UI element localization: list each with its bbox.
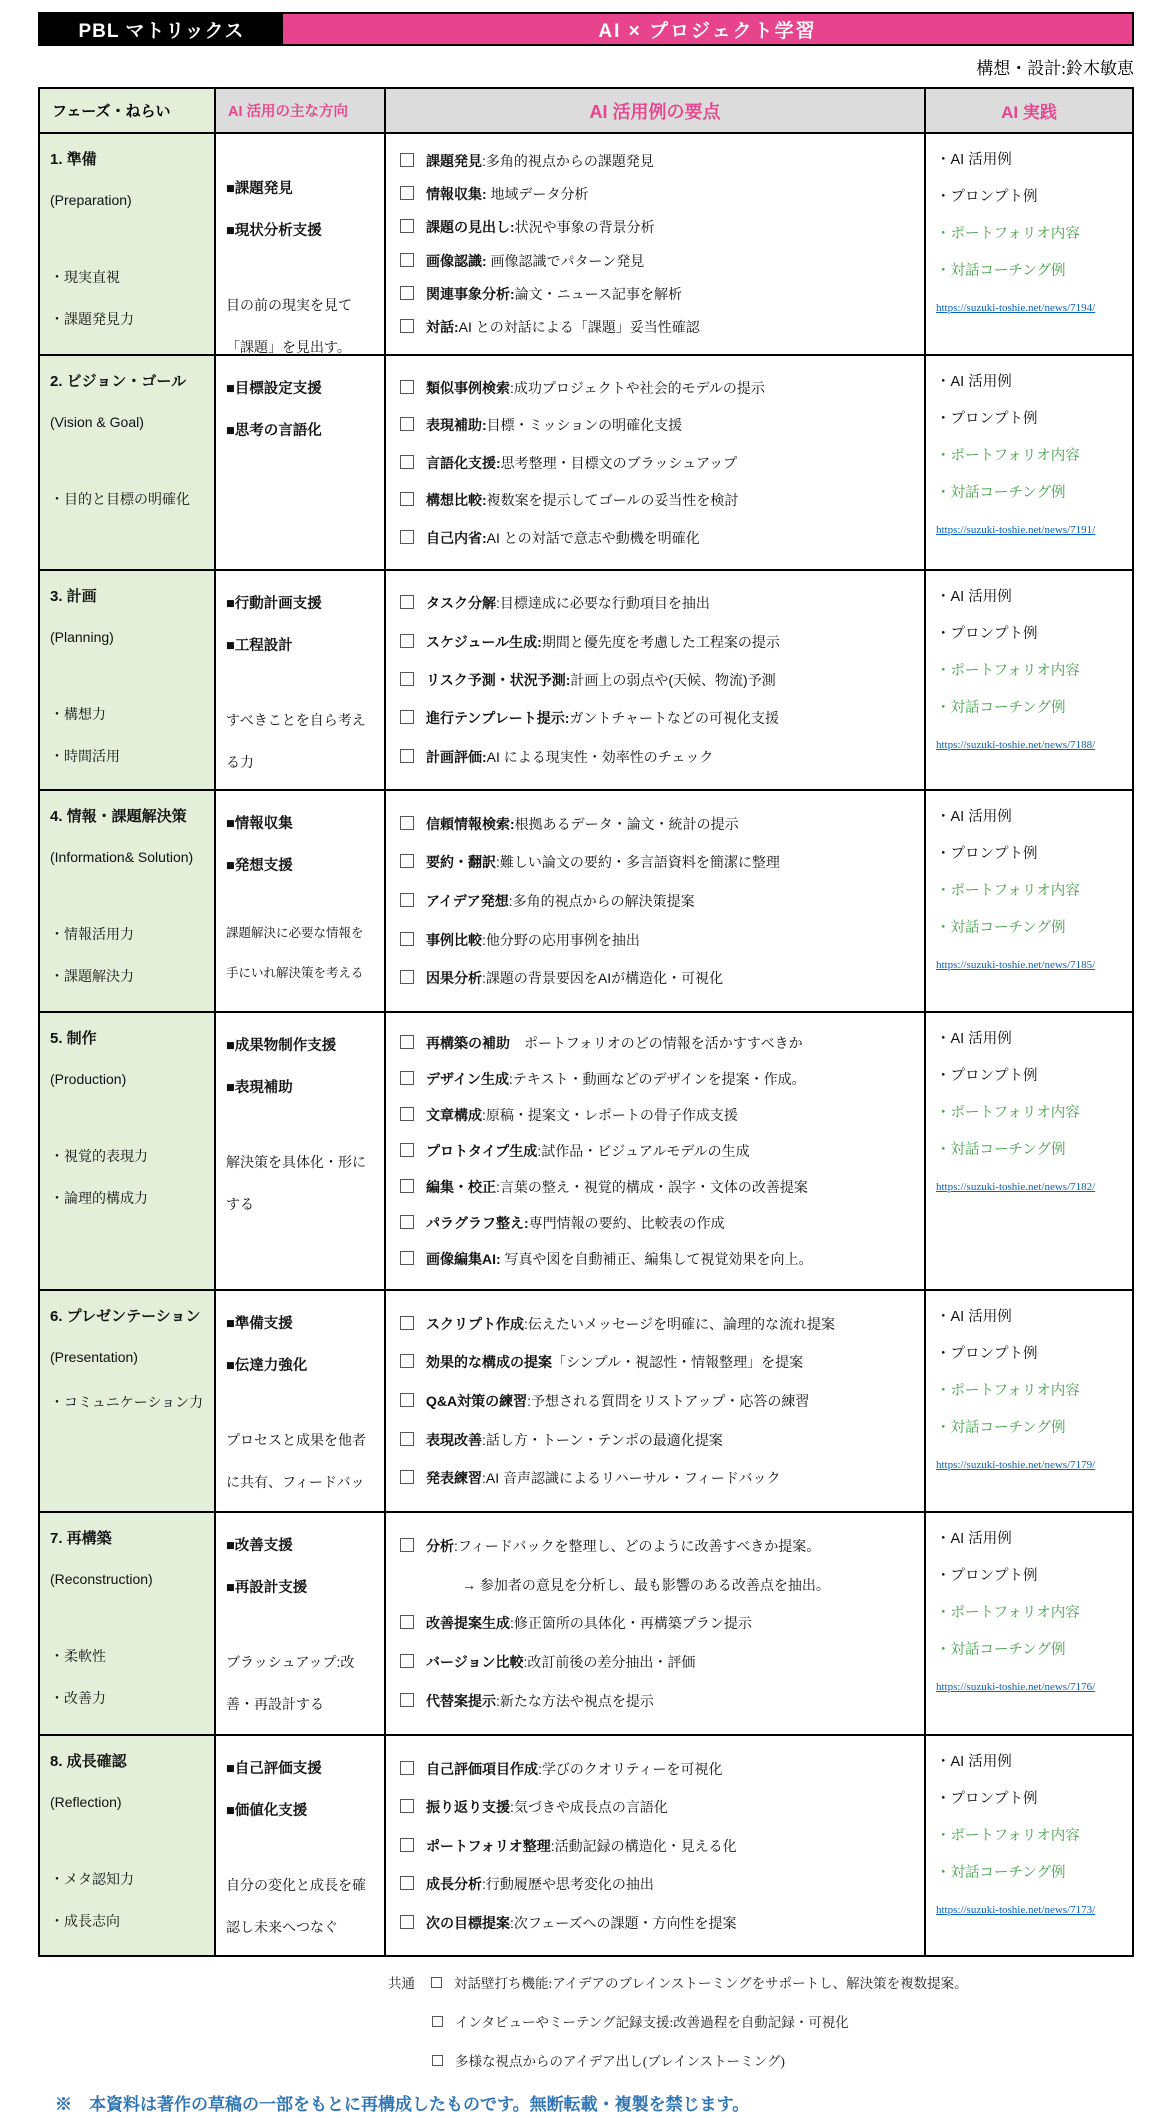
practice-item: ・AI 活用例 (936, 364, 1122, 401)
phase-row-1: 1. 準備(Preparation)・現実直視・課題発見力■課題発見■現状分析支… (40, 132, 1132, 354)
common-notes: 共通対話壁打ち機能:アイデアのブレインストーミングをサポートし、解決策を複数提案… (388, 1973, 1166, 2073)
example-term: 情報収集: (426, 186, 487, 202)
practice-link[interactable]: https://suzuki-toshie.net/news/7182/ (936, 1181, 1122, 1193)
checkbox-icon (400, 1432, 414, 1446)
example-term: 表現補助: (426, 417, 487, 433)
example-item: デザイン生成:テキスト・動画などのデザインを提案・作成。 (400, 1069, 914, 1089)
common-item: 多様な視点からのアイデア出し(ブレインストーミング) (432, 2051, 1166, 2073)
example-term: 次の目標提案 (426, 1915, 510, 1931)
practice-list: ・AI 活用例・プロンプト例・ポートフォリオ内容・対話コーチング例https:/… (936, 571, 1122, 789)
example-item: 類似事例検索:成功プロジェクトや社会的モデルの提示 (400, 378, 914, 398)
ai-direction-cell: ■自己評価支援■価値化支援自分の変化と成長を確認し未来へつなぐ (214, 1736, 384, 1955)
checkbox-icon (400, 1538, 414, 1552)
checkbox-icon (400, 1761, 414, 1775)
example-item: バージョン比較:改訂前後の差分抽出・評価 (400, 1652, 914, 1672)
example-desc: :課題の背景要因をAIが構造化・可視化 (482, 970, 723, 986)
example-item: 表現改善:話し方・トーン・テンポの最適化提案 (400, 1430, 914, 1450)
example-item: 自己評価項目作成:学びのクオリティーを可視化 (400, 1759, 914, 1779)
ai-practice-cell: ・AI 活用例・プロンプト例・ポートフォリオ内容・対話コーチング例https:/… (924, 1013, 1132, 1289)
example-desc: :修正箇所の具体化・再構築プラン提示 (510, 1615, 752, 1631)
phase-aims: ・柔軟性・改善力 (50, 1635, 204, 1719)
ai-practice-cell: ・AI 活用例・プロンプト例・ポートフォリオ内容・対話コーチング例https:/… (924, 1291, 1132, 1511)
example-desc: :原稿・提案文・レポートの骨子作成支援 (482, 1107, 738, 1123)
example-item: スクリプト作成:伝えたいメッセージを明確に、論理的な流れ提案 (400, 1314, 914, 1334)
phase-title: 1. 準備 (50, 134, 204, 180)
example-list: タスク分解:目標達成に必要な行動項目を抽出スケジュール生成:期間と優先度を考慮し… (396, 571, 914, 789)
example-item: 関連事象分析:論文・ニュース記事を解析 (400, 284, 914, 304)
phase-aims: ・メタ認知力・成長志向 (50, 1858, 204, 1942)
example-term: 課題発見 (426, 153, 482, 169)
checkbox-icon (431, 1977, 442, 1988)
example-item: 表現補助:目標・ミッションの明確化支援 (400, 415, 914, 435)
direction-item: ■伝達力強化 (226, 1345, 374, 1387)
phase-row-6: 6. プレゼンテーション(Presentation)・コミュニケーション力■準備… (40, 1289, 1132, 1511)
checkbox-icon (400, 492, 414, 506)
example-desc: :目標達成に必要な行動項目を抽出 (496, 595, 710, 611)
column-header-ai-direction: AI 活用の主な方向 (214, 89, 384, 132)
example-item: 信頼情報検索:根拠あるデータ・論文・統計の提示 (400, 814, 914, 834)
checkbox-icon (400, 1316, 414, 1330)
aim-item: ・論理的構成力 (50, 1177, 204, 1219)
practice-item: ・プロンプト例 (936, 836, 1122, 873)
direction-item: ■改善支援 (226, 1525, 374, 1567)
common-item-text: 多様な視点からのアイデア出し(ブレインストーミング) (455, 2054, 785, 2069)
checkbox-icon (400, 672, 414, 686)
example-item: 進行テンプレート提示:ガントチャートなどの可視化支援 (400, 708, 914, 728)
phase-row-3: 3. 計画(Planning)・構想力・時間活用■行動計画支援■工程設計すべきこ… (40, 569, 1132, 789)
practice-item: ・プロンプト例 (936, 1058, 1122, 1095)
direction-item: ■表現補助 (226, 1067, 374, 1109)
example-desc: :成功プロジェクトや社会的モデルの提示 (510, 380, 765, 396)
example-item: 画像編集AI: 写真や図を自動補正、編集して視覚効果を向上。 (400, 1249, 914, 1269)
example-term: 類似事例検索 (426, 380, 510, 396)
example-desc: :次フェーズへの課題・方向性を提案 (510, 1915, 737, 1931)
example-term: アイデア発想 (426, 893, 509, 909)
practice-link[interactable]: https://suzuki-toshie.net/news/7173/ (936, 1904, 1122, 1916)
phase-cell: 8. 成長確認(Reflection)・メタ認知力・成長志向 (40, 1736, 214, 1955)
example-term: 言語化支援: (426, 455, 501, 471)
checkbox-icon (400, 1393, 414, 1407)
practice-list: ・AI 活用例・プロンプト例・ポートフォリオ内容・対話コーチング例https:/… (936, 1736, 1122, 1955)
practice-item: ・プロンプト例 (936, 616, 1122, 653)
practice-item: ・対話コーチング例 (936, 690, 1122, 727)
example-list: 再構築の補助 ポートフォリオのどの情報を活かすすべきかデザイン生成:テキスト・動… (396, 1013, 914, 1289)
table-header-row: フェーズ・ねらい AI 活用の主な方向 AI 活用例の要点 AI 実践 (40, 89, 1132, 132)
phase-cell: 2. ビジョン・ゴール(Vision & Goal)・目的と目標の明確化 (40, 356, 214, 569)
example-term: バージョン比較 (426, 1654, 523, 1670)
common-item-text: 対話壁打ち機能:アイデアのブレインストーミングをサポートし、解決策を複数提案。 (454, 1976, 968, 1991)
example-desc: AI との対話による「課題」妥当性確認 (459, 319, 700, 335)
phase-title-en: (Reconstruction) (50, 1559, 204, 1599)
ai-practice-cell: ・AI 活用例・プロンプト例・ポートフォリオ内容・対話コーチング例https:/… (924, 134, 1132, 354)
example-term: パラグラフ整え: (426, 1215, 529, 1231)
aim-item: ・課題発見力 (50, 298, 204, 340)
phase-title: 5. 制作 (50, 1013, 204, 1059)
example-desc: 写真や図を自動補正、編集して視覚効果を向上。 (501, 1251, 813, 1267)
example-term: 要約・翻訳 (426, 854, 496, 870)
example-term: 自己内省: (426, 530, 487, 546)
example-term: 発表練習 (426, 1470, 482, 1486)
example-desc: 根拠あるデータ・論文・統計の提示 (515, 816, 739, 832)
practice-list: ・AI 活用例・プロンプト例・ポートフォリオ内容・対話コーチング例https:/… (936, 134, 1122, 354)
checkbox-icon (400, 749, 414, 763)
checkbox-icon (400, 893, 414, 907)
practice-item: ・AI 活用例 (936, 799, 1122, 836)
example-term: 信頼情報検索: (426, 816, 515, 832)
example-item: 構想比較:複数案を提示してゴールの妥当性を検討 (400, 490, 914, 510)
ai-examples-cell: スクリプト作成:伝えたいメッセージを明確に、論理的な流れ提案効果的な構成の提案「… (384, 1291, 924, 1511)
example-item: プロトタイプ生成:試作品・ビジュアルモデルの生成 (400, 1141, 914, 1161)
practice-item: ・AI 活用例 (936, 1744, 1122, 1781)
ai-practice-cell: ・AI 活用例・プロンプト例・ポートフォリオ内容・対話コーチング例https:/… (924, 1736, 1132, 1955)
phase-row-5: 5. 制作(Production)・視覚的表現力・論理的構成力■成果物制作支援■… (40, 1011, 1132, 1289)
direction-item: ■発想支援 (226, 845, 374, 887)
direction-item: ■目標設定支援 (226, 368, 374, 410)
example-item: 効果的な構成の提案「シンプル・視認性・情報整理」を提案 (400, 1352, 914, 1372)
phase-cell: 7. 再構築(Reconstruction)・柔軟性・改善力 (40, 1513, 214, 1734)
example-term: 画像編集AI: (426, 1251, 501, 1267)
practice-link[interactable]: https://suzuki-toshie.net/news/7185/ (936, 959, 1122, 971)
practice-item: ・プロンプト例 (936, 1558, 1122, 1595)
practice-item: ・対話コーチング例 (936, 1632, 1122, 1669)
direction-note: ブラッシュアップ:改善・再設計する (226, 1641, 374, 1725)
common-label: 共通 (388, 1976, 415, 1991)
example-term: 事例比較 (426, 932, 482, 948)
ai-examples-cell: タスク分解:目標達成に必要な行動項目を抽出スケジュール生成:期間と優先度を考慮し… (384, 571, 924, 789)
checkbox-icon (400, 1615, 414, 1629)
direction-item: ■成果物制作支援 (226, 1025, 374, 1067)
example-item: 課題の見出し:状況や事象の背景分析 (400, 217, 914, 237)
example-item: 情報収集: 地域データ分析 (400, 184, 914, 204)
direction-item: ■思考の言語化 (226, 410, 374, 452)
example-term: Q&A対策の練習 (426, 1393, 527, 1409)
practice-link[interactable]: https://suzuki-toshie.net/news/7188/ (936, 739, 1122, 751)
checkbox-icon (400, 1693, 414, 1707)
direction-item: ■準備支援 (226, 1303, 374, 1345)
ai-direction-cell: ■準備支援■伝達力強化プロセスと成果を他者に共有、フィードバックを得る (214, 1291, 384, 1511)
column-header-phase: フェーズ・ねらい (40, 89, 214, 132)
practice-link[interactable]: https://suzuki-toshie.net/news/7176/ (936, 1681, 1122, 1693)
example-term: 自己評価項目作成 (426, 1761, 538, 1777)
phase-title: 2. ビジョン・ゴール (50, 356, 204, 402)
example-desc: 「シンプル・視認性・情報整理」を提案 (552, 1354, 803, 1370)
direction-item: ■再設計支援 (226, 1567, 374, 1609)
practice-item: ・ポートフォリオ内容 (936, 873, 1122, 910)
ai-examples-cell: 課題発見:多角的視点からの課題発見情報収集: 地域データ分析課題の見出し:状況や… (384, 134, 924, 354)
example-desc: 目標・ミッションの明確化支援 (487, 417, 682, 433)
example-desc: → 参加者の意見を分析し、最も影響のある改善点を抽出。 (462, 1577, 830, 1593)
example-list: 分析:フィードバックを整理し、どのように改善すべきか提案。→ 参加者の意見を分析… (396, 1513, 914, 1734)
example-term: 成長分析 (426, 1876, 482, 1892)
aim-item: ・視覚的表現力 (50, 1135, 204, 1177)
practice-item: ・ポートフォリオ内容 (936, 216, 1122, 253)
direction-list: ■行動計画支援■工程設計 (226, 571, 374, 667)
practice-item: ・プロンプト例 (936, 1336, 1122, 1373)
checkbox-icon (432, 2055, 443, 2066)
phase-title-en: (Preparation) (50, 180, 204, 220)
example-desc: ポートフォリオのどの情報を活かすすべきか (510, 1035, 803, 1051)
checkbox-icon (400, 1838, 414, 1852)
example-term: プロトタイプ生成 (426, 1143, 537, 1159)
example-item: 編集・校正:言葉の整え・視覚的構成・誤字・文体の改善提案 (400, 1177, 914, 1197)
direction-list: ■準備支援■伝達力強化 (226, 1291, 374, 1387)
checkbox-icon (400, 186, 414, 200)
example-desc: :新たな方法や視点を提示 (496, 1693, 654, 1709)
ai-practice-cell: ・AI 活用例・プロンプト例・ポートフォリオ内容・対話コーチング例https:/… (924, 356, 1132, 569)
ai-direction-cell: ■成果物制作支援■表現補助解決策を具体化・形にする (214, 1013, 384, 1289)
example-term: ポートフォリオ整理 (426, 1838, 551, 1854)
example-desc: 地域データ分析 (487, 186, 589, 202)
aim-item: ・課題解決力 (50, 955, 204, 997)
phase-cell: 3. 計画(Planning)・構想力・時間活用 (40, 571, 214, 789)
ai-direction-cell: ■課題発見■現状分析支援目の前の現実を見て「課題」を見出す。 (214, 134, 384, 354)
example-desc: :伝えたいメッセージを明確に、論理的な流れ提案 (524, 1316, 835, 1332)
example-desc: 論文・ニュース記事を解析 (515, 286, 682, 302)
practice-item: ・AI 活用例 (936, 1021, 1122, 1058)
direction-item: ■価値化支援 (226, 1790, 374, 1832)
practice-item: ・ポートフォリオ内容 (936, 653, 1122, 690)
practice-item: ・ポートフォリオ内容 (936, 1595, 1122, 1632)
checkbox-icon (400, 253, 414, 267)
ai-examples-cell: 類似事例検索:成功プロジェクトや社会的モデルの提示表現補助:目標・ミッションの明… (384, 356, 924, 569)
example-item: 対話:AI との対話による「課題」妥当性確認 (400, 317, 914, 337)
phase-title: 3. 計画 (50, 571, 204, 617)
practice-item: ・プロンプト例 (936, 401, 1122, 438)
checkbox-icon (400, 1071, 414, 1085)
phase-title-en: (Vision & Goal) (50, 402, 204, 442)
ai-examples-cell: 自己評価項目作成:学びのクオリティーを可視化振り返り支援:気づきや成長点の言語化… (384, 1736, 924, 1955)
example-desc: :活動記録の構造化・見える化 (551, 1838, 737, 1854)
direction-note: 目の前の現実を見て「課題」を見出す。 (226, 284, 374, 354)
direction-list: ■目標設定支援■思考の言語化 (226, 356, 374, 452)
example-desc: :改訂前後の差分抽出・評価 (523, 1654, 695, 1670)
ai-direction-cell: ■行動計画支援■工程設計すべきことを自ら考える力 (214, 571, 384, 789)
aim-item: ・成長志向 (50, 1900, 204, 1942)
ai-direction-cell: ■目標設定支援■思考の言語化 (214, 356, 384, 569)
example-item: 言語化支援:思考整理・目標文のブラッシュアップ (400, 453, 914, 473)
example-term: 計画評価: (426, 749, 487, 765)
phase-aims: ・視覚的表現力・論理的構成力 (50, 1135, 204, 1219)
practice-item: ・AI 活用例 (936, 1521, 1122, 1558)
checkbox-icon (400, 710, 414, 724)
checkbox-icon (400, 1470, 414, 1484)
common-item-text: インタビューやミーテング記録支援:改善過程を自動記録・可視化 (455, 2015, 849, 2030)
example-desc: 専門情報の要約、比較表の作成 (529, 1215, 725, 1231)
direction-item: ■工程設計 (226, 625, 374, 667)
example-term: 効果的な構成の提案 (426, 1354, 552, 1370)
practice-link[interactable]: https://suzuki-toshie.net/news/7191/ (936, 524, 1122, 536)
example-desc: :気づきや成長点の言語化 (510, 1799, 668, 1815)
example-item: 代替案提示:新たな方法や視点を提示 (400, 1691, 914, 1711)
practice-list: ・AI 活用例・プロンプト例・ポートフォリオ内容・対話コーチング例https:/… (936, 356, 1122, 569)
example-term: デザイン生成 (426, 1071, 509, 1087)
example-term: 表現改善 (426, 1432, 482, 1448)
example-item: 発表練習:AI 音声認識によるリハーサル・フィードバック (400, 1468, 914, 1488)
example-list: 自己評価項目作成:学びのクオリティーを可視化振り返り支援:気づきや成長点の言語化… (396, 1736, 914, 1955)
practice-item: ・対話コーチング例 (936, 910, 1122, 947)
practice-item: ・対話コーチング例 (936, 475, 1122, 512)
direction-item: ■行動計画支援 (226, 583, 374, 625)
direction-list: ■課題発見■現状分析支援 (226, 134, 374, 252)
phase-title: 7. 再構築 (50, 1513, 204, 1559)
phase-title: 6. プレゼンテーション (50, 1291, 204, 1337)
column-header-ai-practice: AI 実践 (924, 89, 1132, 132)
practice-link[interactable]: https://suzuki-toshie.net/news/7179/ (936, 1459, 1122, 1471)
ai-practice-cell: ・AI 活用例・プロンプト例・ポートフォリオ内容・対話コーチング例https:/… (924, 571, 1132, 789)
example-desc: :テキスト・動画などのデザインを提案・作成。 (509, 1071, 806, 1087)
example-desc: :学びのクオリティーを可視化 (538, 1761, 723, 1777)
ai-direction-cell: ■改善支援■再設計支援ブラッシュアップ:改善・再設計する (214, 1513, 384, 1734)
example-item: 分析:フィードバックを整理し、どのように改善すべきか提案。 (400, 1536, 914, 1556)
example-desc: :多角的視点からの課題発見 (482, 153, 654, 169)
pbl-matrix-document: PBL マトリックス AI × プロジェクト学習 構想・設計:鈴木敏恵 フェーズ… (0, 0, 1166, 2118)
example-desc: :多角的視点からの解決策提案 (509, 893, 695, 909)
ai-examples-cell: 再構築の補助 ポートフォリオのどの情報を活かすすべきかデザイン生成:テキスト・動… (384, 1013, 924, 1289)
checkbox-icon (400, 530, 414, 544)
example-term: 文章構成 (426, 1107, 482, 1123)
example-term: 課題の見出し: (426, 219, 515, 235)
checkbox-icon (400, 1107, 414, 1121)
checkbox-icon (400, 1251, 414, 1265)
example-term: 因果分析 (426, 970, 482, 986)
practice-item: ・AI 活用例 (936, 1299, 1122, 1336)
direction-item: ■情報収集 (226, 803, 374, 845)
example-item: 文章構成:原稿・提案文・レポートの骨子作成支援 (400, 1105, 914, 1125)
checkbox-icon (400, 816, 414, 830)
example-item: 改善提案生成:修正箇所の具体化・再構築プラン提示 (400, 1613, 914, 1633)
checkbox-icon (400, 380, 414, 394)
phase-cell: 6. プレゼンテーション(Presentation)・コミュニケーション力 (40, 1291, 214, 1511)
practice-item: ・ポートフォリオ内容 (936, 1095, 1122, 1132)
phase-row-4: 4. 情報・課題解決策(Information& Solution)・情報活用力… (40, 789, 1132, 1011)
example-desc: :フィードバックを整理し、どのように改善すべきか提案。 (454, 1538, 820, 1554)
direction-list: ■情報収集■発想支援 (226, 791, 374, 887)
phase-title-en: (Presentation) (50, 1337, 204, 1377)
example-item: 自己内省:AI との対話で意志や動機を明確化 (400, 528, 914, 548)
checkbox-icon (400, 153, 414, 167)
practice-item: ・ポートフォリオ内容 (936, 1818, 1122, 1855)
example-item: 課題発見:多角的視点からの課題発見 (400, 151, 914, 171)
phase-aims: ・構想力・時間活用 (50, 693, 204, 777)
common-item: 共通対話壁打ち機能:アイデアのブレインストーミングをサポートし、解決策を複数提案… (388, 1973, 1166, 1995)
direction-note: すべきことを自ら考える力 (226, 699, 374, 783)
example-desc: ガントチャートなどの可視化支援 (569, 710, 779, 726)
copyright-note: ※ 本資料は著作の草稿の一部をもとに再構成したものです。無断転載・複製を禁じます… (55, 2090, 1166, 2115)
checkbox-icon (400, 286, 414, 300)
ai-direction-cell: ■情報収集■発想支援課題解決に必要な情報を手にいれ解決策を考える (214, 791, 384, 1011)
example-desc: 計画上の弱点や(天候、物流)予測 (570, 672, 775, 688)
checkbox-icon (400, 932, 414, 946)
aim-item: ・現実直視 (50, 256, 204, 298)
checkbox-icon (400, 970, 414, 984)
example-list: 信頼情報検索:根拠あるデータ・論文・統計の提示要約・翻訳:難しい論文の要約・多言… (396, 791, 914, 1011)
credit-line: 構想・設計:鈴木敏恵 (38, 54, 1134, 79)
example-item: ポートフォリオ整理:活動記録の構造化・見える化 (400, 1836, 914, 1856)
checkbox-icon (400, 634, 414, 648)
title-strip: PBL マトリックス AI × プロジェクト学習 (38, 12, 1134, 46)
phase-row-7: 7. 再構築(Reconstruction)・柔軟性・改善力■改善支援■再設計支… (40, 1511, 1132, 1734)
aim-item: ・メタ認知力 (50, 1858, 204, 1900)
example-desc: :難しい論文の要約・多言語資料を簡潔に整理 (496, 854, 780, 870)
example-item: 画像認識: 画像認識でパターン発見 (400, 251, 914, 271)
example-term: タスク分解 (426, 595, 496, 611)
example-item: Q&A対策の練習:予想される質問をリストアップ・応答の練習 (400, 1391, 914, 1411)
checkbox-icon (400, 1215, 414, 1229)
matrix-body: 1. 準備(Preparation)・現実直視・課題発見力■課題発見■現状分析支… (40, 132, 1132, 1955)
example-term: スケジュール生成: (426, 634, 542, 650)
example-term: 編集・校正 (426, 1179, 496, 1195)
checkbox-icon (400, 319, 414, 333)
aim-item: ・コミュニケーション力 (50, 1381, 204, 1423)
aim-item: ・目的と目標の明確化 (50, 478, 204, 520)
practice-item: ・プロンプト例 (936, 179, 1122, 216)
direction-list: ■成果物制作支援■表現補助 (226, 1013, 374, 1109)
example-desc: AI による現実性・効率性のチェック (487, 749, 714, 765)
aim-item: ・改善力 (50, 1677, 204, 1719)
checkbox-icon (400, 1179, 414, 1193)
checkbox-icon (400, 1354, 414, 1368)
example-desc: :予想される質問をリストアップ・応答の練習 (527, 1393, 809, 1409)
example-term: 改善提案生成 (426, 1615, 510, 1631)
checkbox-icon (400, 1915, 414, 1929)
phase-title-en: (Planning) (50, 617, 204, 657)
document-title-banner: AI × プロジェクト学習 (283, 14, 1132, 44)
direction-item: ■現状分析支援 (226, 210, 374, 252)
aim-item: ・構想力 (50, 693, 204, 735)
example-item: タスク分解:目標達成に必要な行動項目を抽出 (400, 593, 914, 613)
aim-item: ・柔軟性 (50, 1635, 204, 1677)
phase-title: 8. 成長確認 (50, 1736, 204, 1782)
checkbox-icon (400, 1799, 414, 1813)
direction-item: ■課題発見 (226, 168, 374, 210)
phase-cell: 5. 制作(Production)・視覚的表現力・論理的構成力 (40, 1013, 214, 1289)
example-list: 課題発見:多角的視点からの課題発見情報収集: 地域データ分析課題の見出し:状況や… (396, 134, 914, 354)
direction-note: 課題解決に必要な情報を手にいれ解決策を考える (226, 913, 374, 993)
checkbox-icon (432, 2016, 443, 2027)
direction-note: プロセスと成果を他者に共有、フィードバックを得る (226, 1419, 374, 1511)
example-desc: :他分野の応用事例を抽出 (482, 932, 640, 948)
aim-item: ・時間活用 (50, 735, 204, 777)
checkbox-icon (400, 455, 414, 469)
checkbox-icon (400, 1654, 414, 1668)
example-desc: :行動履歴や思考変化の抽出 (482, 1876, 654, 1892)
phase-cell: 4. 情報・課題解決策(Information& Solution)・情報活用力… (40, 791, 214, 1011)
practice-list: ・AI 活用例・プロンプト例・ポートフォリオ内容・対話コーチング例https:/… (936, 1013, 1122, 1289)
phase-cell: 1. 準備(Preparation)・現実直視・課題発見力 (40, 134, 214, 354)
checkbox-icon (400, 417, 414, 431)
example-term: 対話: (426, 319, 459, 335)
example-item: アイデア発想:多角的視点からの解決策提案 (400, 891, 914, 911)
example-item: 成長分析:行動履歴や思考変化の抽出 (400, 1874, 914, 1894)
checkbox-icon (400, 1876, 414, 1890)
example-term: スクリプト作成 (426, 1316, 524, 1332)
practice-item: ・ポートフォリオ内容 (936, 438, 1122, 475)
direction-note: 解決策を具体化・形にする (226, 1141, 374, 1225)
practice-item: ・対話コーチング例 (936, 1410, 1122, 1447)
practice-list: ・AI 活用例・プロンプト例・ポートフォリオ内容・対話コーチング例https:/… (936, 1291, 1122, 1511)
ai-practice-cell: ・AI 活用例・プロンプト例・ポートフォリオ内容・対話コーチング例https:/… (924, 1513, 1132, 1734)
example-term: リスク予測・状況予測: (426, 672, 570, 688)
example-term: 進行テンプレート提示: (426, 710, 569, 726)
example-term: 代替案提示 (426, 1693, 496, 1709)
aim-item: ・情報活用力 (50, 913, 204, 955)
example-term: 再構築の補助 (426, 1035, 510, 1051)
practice-link[interactable]: https://suzuki-toshie.net/news/7194/ (936, 302, 1122, 314)
example-term: 分析 (426, 1538, 454, 1554)
example-item: 事例比較:他分野の応用事例を抽出 (400, 930, 914, 950)
example-item: リスク予測・状況予測:計画上の弱点や(天候、物流)予測 (400, 670, 914, 690)
practice-item: ・ポートフォリオ内容 (936, 1373, 1122, 1410)
